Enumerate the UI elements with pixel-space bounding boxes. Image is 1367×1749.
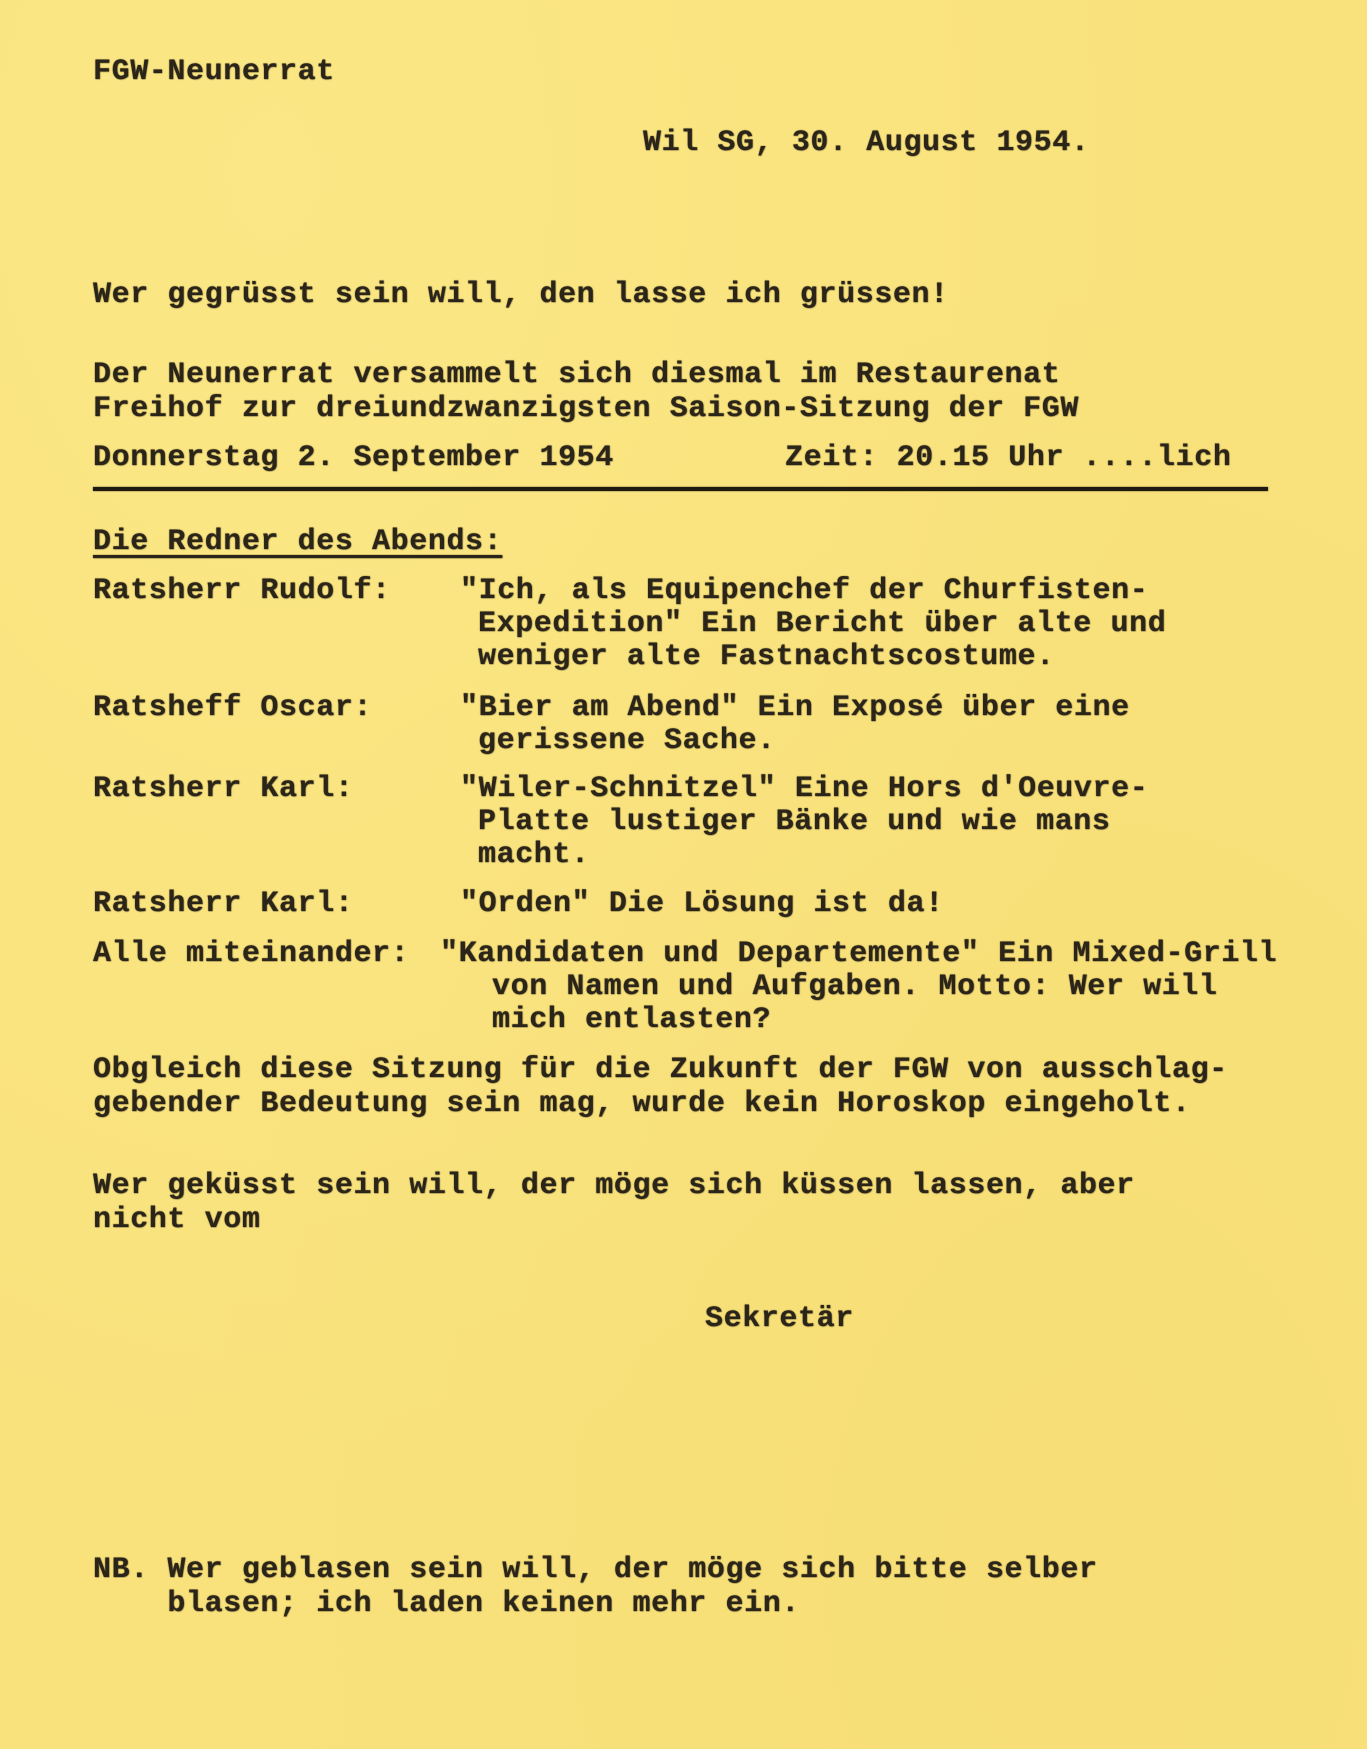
speakers-heading: Die Redner des Abends: <box>93 525 502 559</box>
speaker-text-line: gerissene Sache. <box>478 724 776 758</box>
speaker-text-line: Expedition" Ein Bericht über alte und <box>478 607 1166 641</box>
meeting-date: Donnerstag 2. September 1954 <box>93 441 614 475</box>
speaker-text-line: "Orden" Die Lösung ist da! <box>460 887 944 921</box>
postscript-line-2: blasen; ich laden keinen mehr ein. <box>93 1587 800 1621</box>
kiss-line-1: Wer geküsst sein will, der möge sich küs… <box>93 1169 1135 1203</box>
paper-background <box>0 0 1367 1749</box>
speaker-text-line: weniger alte Fastnachtscostume. <box>478 640 1055 674</box>
speaker-text-line: "Wiler-Schnitzel" Eine Hors d'Oeuvre- <box>460 772 1148 806</box>
speaker-text-line: "Kandidaten und Departemente" Ein Mixed-… <box>440 937 1277 971</box>
speaker-text-line: mich entlasten? <box>492 1003 771 1037</box>
invitation-line-1: Der Neunerrat versammelt sich diesmal im… <box>93 358 1060 392</box>
invitation-line-2: Freihof zur dreiundzwanzigsten Saison-Si… <box>93 392 1079 426</box>
speaker-text-line: "Ich, als Equipenchef der Churfisten- <box>460 574 1148 608</box>
place-date-line: Wil SG, 30. August 1954. <box>643 126 1089 160</box>
speaker-text-line: von Namen und Aufgaben. Motto: Wer will <box>492 970 1218 1004</box>
speaker-name: Ratsherr Rudolf: <box>93 574 391 608</box>
speaker-name: Ratsheff Oscar: <box>93 691 372 725</box>
signature: Sekretär <box>705 1302 854 1336</box>
speaker-text-line: Platte lustiger Bänke und wie mans <box>478 805 1111 839</box>
speaker-name: Ratsherr Karl: <box>93 772 353 806</box>
postscript-line-1: NB. Wer geblasen sein will, der möge sic… <box>93 1553 1098 1587</box>
speaker-text-line: macht. <box>478 838 590 872</box>
meeting-time: Zeit: 20.15 Uhr ....lich <box>785 441 1231 475</box>
horizontal-rule <box>93 487 1268 491</box>
speaker-name: Ratsherr Karl: <box>93 887 353 921</box>
speaker-name: Alle miteinander: <box>93 937 409 971</box>
closing-paragraph-line-1: Obgleich diese Sitzung für die Zukunft d… <box>93 1053 1228 1087</box>
greeting-line: Wer gegrüsst sein will, den lasse ich gr… <box>93 278 949 312</box>
kiss-line-2: nicht vom <box>93 1203 260 1237</box>
speaker-text-line: "Bier am Abend" Ein Exposé über eine <box>460 691 1130 725</box>
sender-line: FGW-Neunerrat <box>93 55 335 89</box>
closing-paragraph-line-2: gebender Bedeutung sein mag, wurde kein … <box>93 1087 1191 1121</box>
